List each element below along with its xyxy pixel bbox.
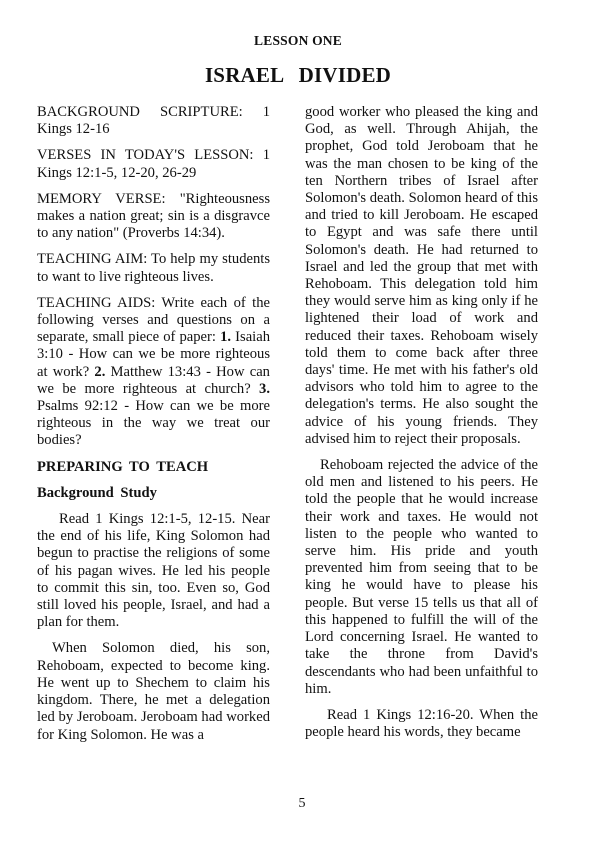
body-paragraph: When Solomon died, his son, Rehoboam, ex…: [37, 640, 270, 743]
body-paragraph: Read 1 Kings 12:1-5, 12-15. Near the end…: [37, 511, 270, 631]
verses-in-lesson: VERSES IN TODAY'S LESSON: 1 Kings 12:1-5…: [37, 147, 270, 181]
left-column: BACKGROUND SCRIPTURE: 1 Kings 12-16 VERS…: [37, 104, 270, 753]
page-title: ISRAEL DIVIDED: [0, 63, 596, 88]
aid-number-2: 2.: [94, 364, 105, 380]
subheading: Background Study: [37, 485, 270, 502]
section-heading: PREPARING TO TEACH: [37, 459, 270, 476]
aid-number-1: 1.: [220, 329, 231, 345]
body-paragraph: good worker who pleased the king and God…: [305, 104, 538, 448]
page-number: 5: [0, 796, 596, 812]
body-paragraph: Rehoboam rejected the advice of the old …: [305, 457, 538, 698]
background-scripture: BACKGROUND SCRIPTURE: 1 Kings 12-16: [37, 104, 270, 138]
body-paragraph: Read 1 Kings 12:16-20. When the people h…: [305, 707, 538, 741]
aid-text-3: Psalms 92:12 - How can we be more righte…: [37, 398, 270, 448]
right-column: good worker who pleased the king and God…: [305, 104, 538, 750]
memory-verse: MEMORY VERSE: "Righteousness makes a nat…: [37, 191, 270, 243]
lesson-label: LESSON ONE: [0, 33, 596, 49]
teaching-aids: TEACHING AIDS: Write each of the followi…: [37, 295, 270, 450]
teaching-aim: TEACHING AIM: To help my students to wan…: [37, 251, 270, 285]
aid-number-3: 3.: [259, 381, 270, 397]
